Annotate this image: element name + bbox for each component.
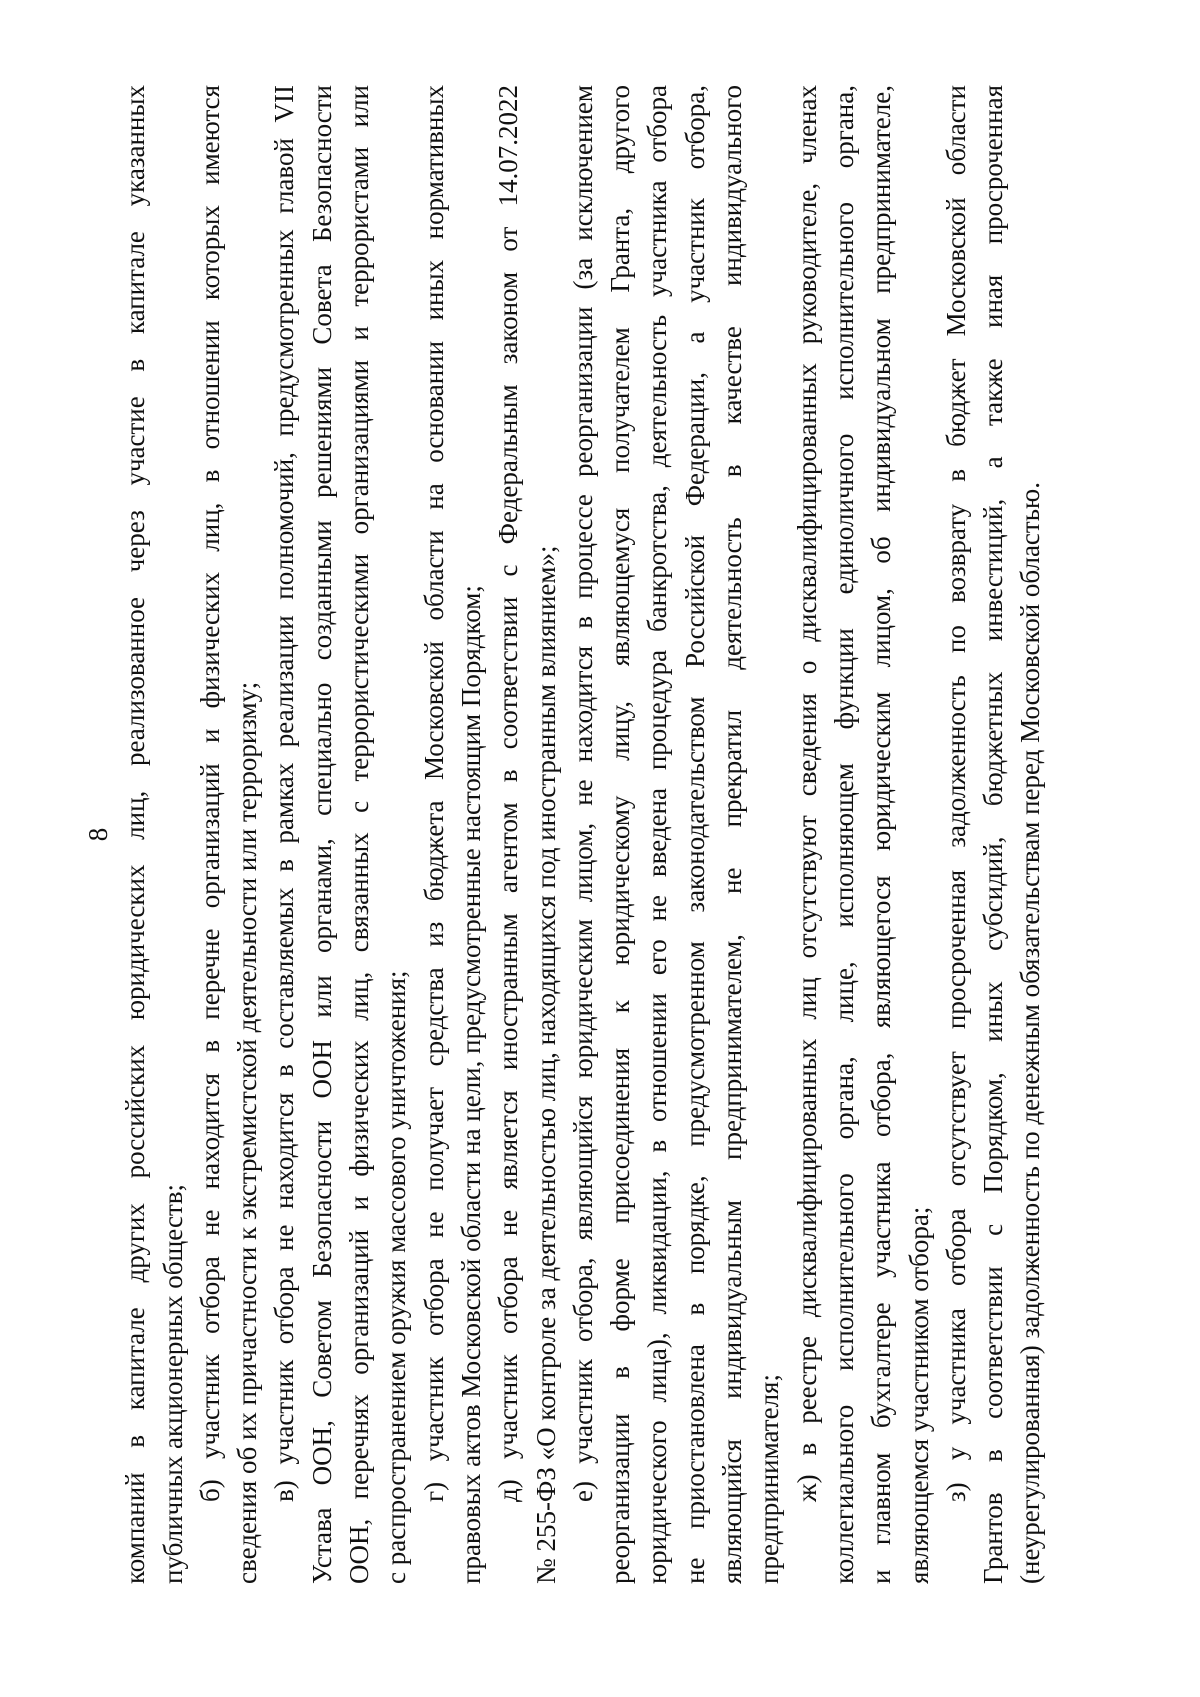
document-page: 8 компаний в капитале других российских … xyxy=(0,0,1200,1697)
text-line: (неурегулированная) задолженность по ден… xyxy=(1012,85,1049,1584)
scanned-document-screenshot: 8 компаний в капитале других российских … xyxy=(0,0,1200,1697)
document-text-block: компаний в капитале других российских юр… xyxy=(117,85,1049,1584)
text-line: Грантов в соответствии с Порядком, иных … xyxy=(975,85,1012,1584)
text-line: коллегиального исполнительного органа, л… xyxy=(826,85,863,1584)
text-line: сведения об их причастности к экстремист… xyxy=(229,85,266,1584)
text-line: д) участник отбора не является иностранн… xyxy=(490,85,527,1584)
text-line: с распространением оружия массового унич… xyxy=(378,85,415,1584)
text-line: являющийся индивидуальным предпринимател… xyxy=(714,85,751,1584)
text-line: № 255-ФЗ «О контроле за деятельностью ли… xyxy=(528,85,565,1584)
text-line: являющемся участником отбора; xyxy=(901,85,938,1584)
text-line: юридического лица), ликвидации, в отноше… xyxy=(639,85,676,1584)
text-line: ООН, перечнях организаций и физических л… xyxy=(341,85,378,1584)
text-line: ж) в реестре дисквалифицированных лиц от… xyxy=(789,85,826,1584)
text-line: г) участник отбора не получает средства … xyxy=(416,85,453,1584)
text-line: в) участник отбора не находится в состав… xyxy=(266,85,303,1584)
text-line: не приостановлена в порядке, предусмотре… xyxy=(677,85,714,1584)
text-line: реорганизации в форме присоединения к юр… xyxy=(602,85,639,1584)
text-line: компаний в капитале других российских юр… xyxy=(117,85,154,1584)
text-line: б) участник отбора не находится в перечн… xyxy=(192,85,229,1584)
text-line: предпринимателя; xyxy=(751,85,788,1584)
page-number: 8 xyxy=(80,85,117,1584)
text-line: публичных акционерных обществ; xyxy=(155,85,192,1584)
text-line: е) участник отбора, являющийся юридическ… xyxy=(565,85,602,1584)
text-line: правовых актов Московской области на цел… xyxy=(453,85,490,1584)
text-line: Устава ООН, Советом Безопасности ООН или… xyxy=(304,85,341,1584)
text-line: з) у участника отбора отсутствует просро… xyxy=(938,85,975,1584)
text-line: и главном бухгалтере участника отбора, я… xyxy=(863,85,900,1584)
